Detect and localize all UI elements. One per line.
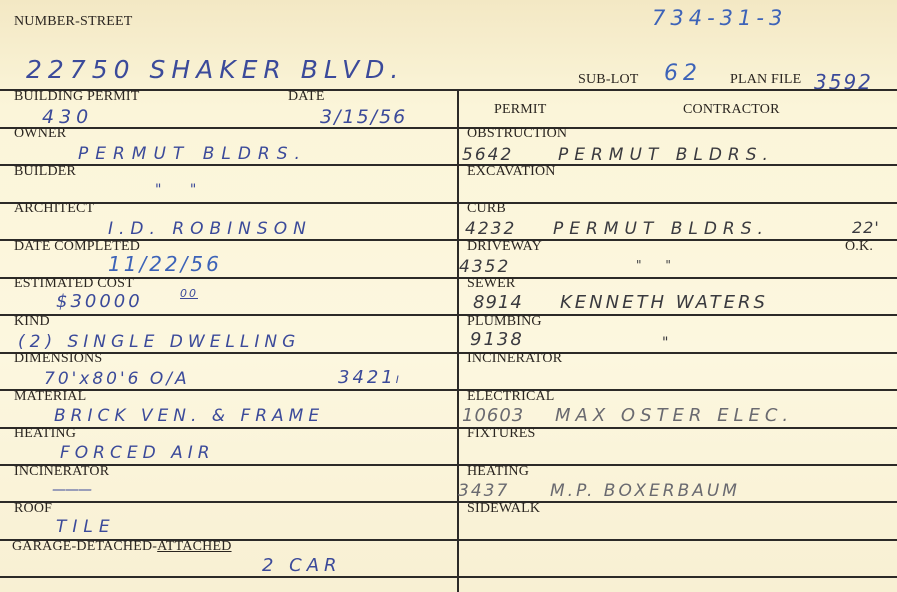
kind-label: KIND (14, 315, 50, 329)
permit-column-header: PERMIT (494, 103, 547, 117)
curb-note: 22' (852, 218, 880, 238)
building-permit-value: 430 (42, 107, 93, 127)
building-permit-label: BUILDING PERMIT (14, 90, 140, 104)
electrical-contractor: MAX OSTER ELEC. (555, 406, 793, 426)
divider (0, 277, 897, 279)
obstruction-permit: 5642 (462, 145, 513, 165)
estimated-cost-value: $30000 (56, 292, 143, 312)
divider (0, 352, 897, 354)
sub-lot-label: SUB-LOT (578, 73, 639, 87)
divider (0, 464, 897, 466)
estimated-cost-label: ESTIMATED COST (14, 277, 134, 291)
sewer-contractor: KENNETH WATERS (560, 293, 768, 313)
divider (0, 202, 897, 204)
obstruction-contractor: PERMUT BLDRS. (558, 145, 774, 165)
plumbing-permit: 9138 (470, 330, 524, 350)
divider (0, 127, 897, 129)
driveway-label: DRIVEWAY (467, 240, 542, 254)
kind-value: (2) SINGLE DWELLING (18, 332, 300, 352)
sidewalk-label: SIDEWALK (467, 502, 540, 516)
driveway-note: O.K. (845, 240, 873, 254)
sub-lot-value: 62 (664, 64, 702, 84)
sewer-permit: 8914 (473, 293, 523, 313)
plan-file-label: PLAN FILE (730, 73, 801, 87)
dimensions-value: 70'x80'6 O/A (44, 369, 190, 389)
column-divider (457, 89, 459, 592)
contractor-column-header: CONTRACTOR (683, 103, 780, 117)
electrical-permit: 10603 (462, 406, 524, 426)
builder-label: BUILDER (14, 165, 76, 179)
right-heating-permit: 3437 (458, 481, 509, 501)
curb-label: CURB (467, 202, 506, 216)
owner-value: PERMUT BLDRS. (78, 144, 307, 164)
driveway-contractor: " " (636, 255, 681, 275)
material-label: MATERIAL (14, 390, 86, 404)
curb-permit: 4232 (465, 219, 516, 239)
material-value: BRICK VEN. & FRAME (54, 406, 324, 426)
garage-label-prefix: GARAGE-DETACHED- (12, 539, 157, 554)
estimated-cost-cents: 00 (180, 284, 198, 304)
builder-value: " " (155, 180, 208, 200)
plumbing-label: PLUMBING (467, 315, 542, 329)
curb-contractor: PERMUT BLDRS. (553, 219, 769, 239)
incinerator-label: INCINERATOR (14, 465, 109, 479)
architect-label: ARCHITECT (14, 202, 94, 216)
heating-value: FORCED AIR (60, 443, 215, 463)
right-heating-label: HEATING (467, 465, 529, 479)
divider (0, 389, 897, 391)
divider (0, 576, 897, 578)
driveway-permit: 4352 (459, 257, 510, 277)
roof-value: TILE (56, 517, 116, 537)
divider (0, 501, 897, 503)
date-label: DATE (288, 90, 325, 104)
architect-value: I.D. ROBINSON (108, 219, 312, 239)
number-street-label: NUMBER-STREET (14, 15, 133, 29)
garage-value: 2 CAR (262, 556, 342, 576)
date-completed-value: 11/22/56 (108, 254, 222, 274)
address-value: 22750 SHAKER BLVD. (26, 60, 404, 80)
date-value: 3/15/56 (320, 107, 407, 127)
dimensions-label: DIMENSIONS (14, 352, 102, 366)
obstruction-label: OBSTRUCTION (467, 127, 567, 141)
heating-label: HEATING (14, 427, 76, 441)
owner-label: OWNER (14, 127, 66, 141)
right-incinerator-label: INCINERATOR (467, 352, 562, 366)
excavation-label: EXCAVATION (467, 165, 556, 179)
divider (0, 314, 897, 316)
garage-label: GARAGE-DETACHED-ATTACHED (12, 540, 232, 554)
file-code: 734-31-3 (652, 8, 787, 28)
permit-card: NUMBER-STREET 734-31-3 22750 SHAKER BLVD… (0, 0, 897, 592)
plumbing-contractor: " (662, 333, 673, 353)
right-heating-contractor: M.P. BOXERBAUM (550, 481, 740, 501)
roof-label: ROOF (14, 502, 52, 516)
garage-label-attached: ATTACHED (157, 539, 231, 554)
electrical-label: ELECTRICAL (467, 390, 555, 404)
dimensions-extra: 3421ₗ (338, 368, 402, 388)
incinerator-value: ——— (52, 480, 91, 500)
divider (0, 427, 897, 429)
sewer-label: SEWER (467, 277, 515, 291)
fixtures-label: FIXTURES (467, 427, 536, 441)
